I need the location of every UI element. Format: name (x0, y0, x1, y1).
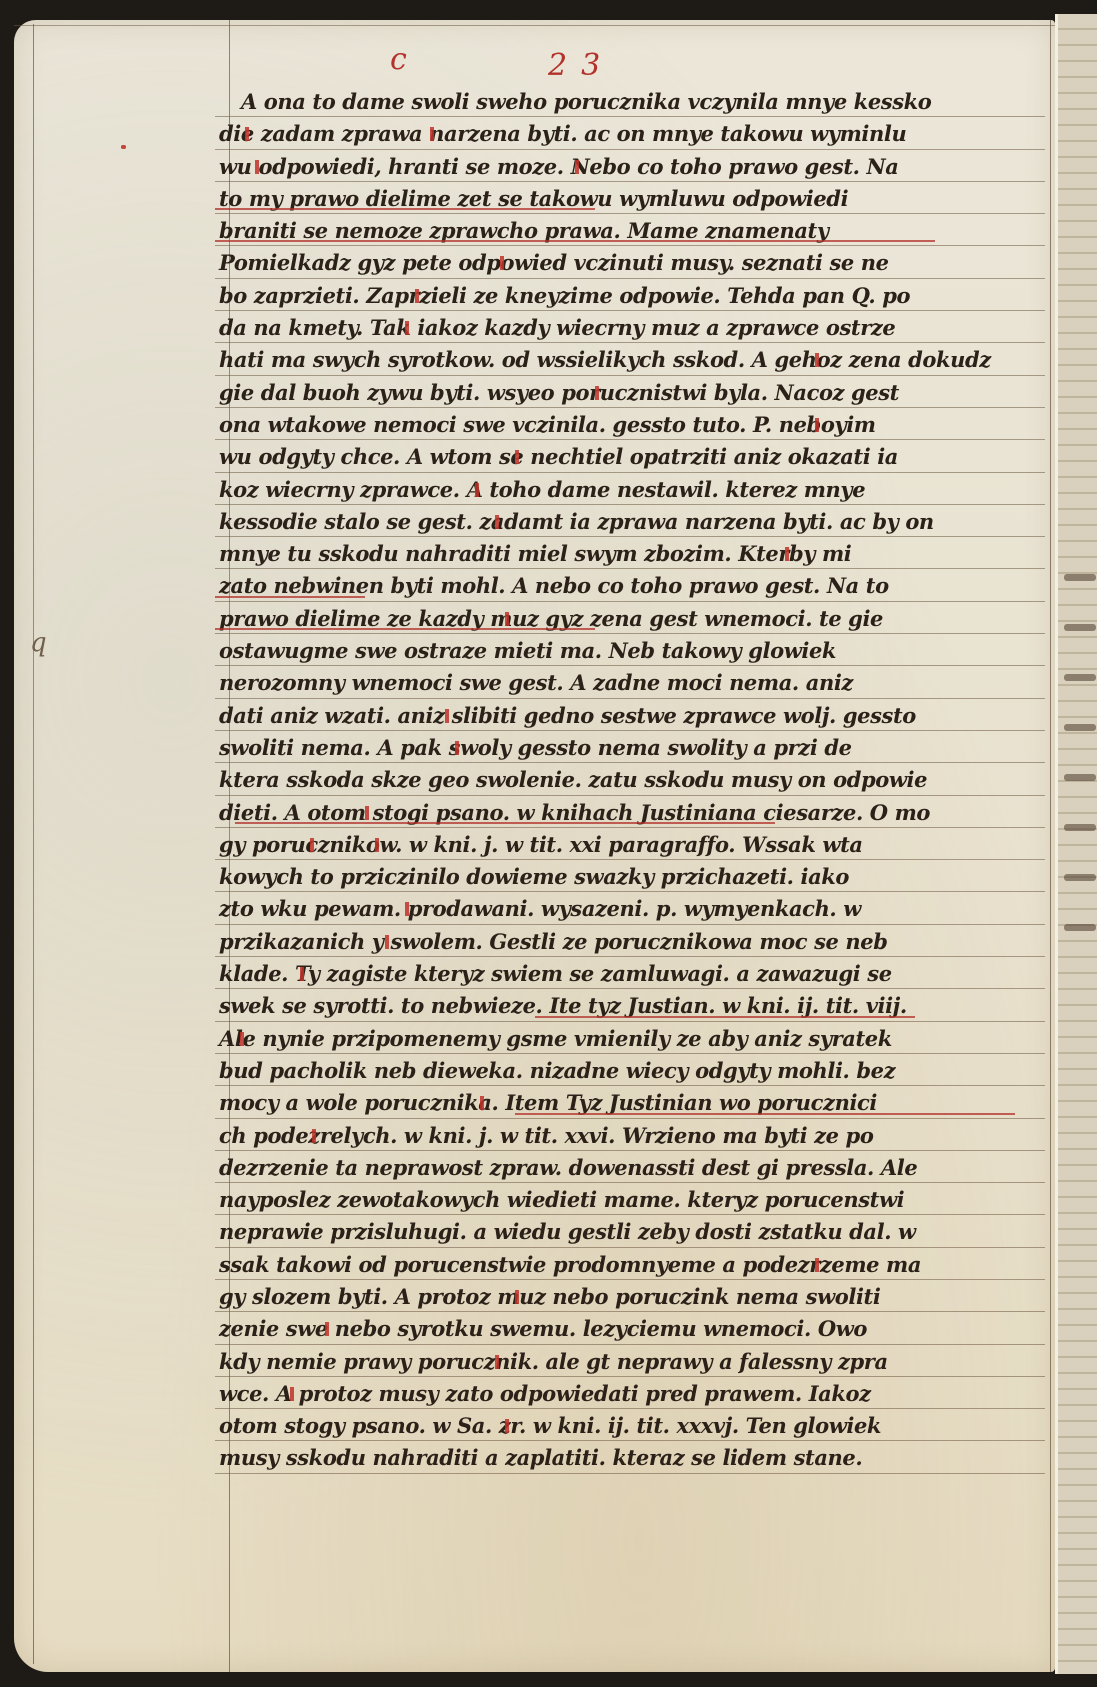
manuscript-line: gy porucznikow. w kni. j. w tit. xxi par… (215, 828, 1045, 860)
rubric-stroke (365, 806, 369, 820)
line-text: A ona to dame swoli sweho porucznika vcz… (215, 85, 931, 117)
line-text: nayposlez zewotakowych wiedieti mame. kt… (215, 1183, 904, 1215)
manuscript-line: da na kmety. Tak iakoz kazdy wiecrny muz… (215, 311, 1045, 343)
manuscript-line: zto wku pewam. prodawani. wysazeni. p. w… (215, 892, 1045, 924)
rubric-underline (535, 1016, 915, 1018)
rubric-stroke (495, 1355, 499, 1369)
manuscript-line: to my prawo dielime zet se takowu wymluw… (215, 182, 1045, 214)
line-text: kdy nemie prawy porucznik. ale gt nepraw… (215, 1345, 888, 1377)
manuscript-line: zenie swe nebo syrotku swemu. lezyciemu … (215, 1312, 1045, 1344)
rubric-stroke (475, 483, 479, 497)
next-leaf-text (1064, 774, 1096, 781)
next-leaf-text (1064, 674, 1096, 681)
line-text: ostawugme swe ostraze mieti ma. Neb tako… (215, 634, 836, 666)
manuscript-line: koz wiecrny zprawce. A toho dame nestawi… (215, 473, 1045, 505)
manuscript-line: mnye tu sskodu nahraditi miel swym zbozi… (215, 537, 1045, 569)
folio-mark-right: 23 (548, 48, 614, 83)
manuscript-line: ssak takowi od porucenstwie prodomnyeme … (215, 1248, 1045, 1280)
line-text: kessodie stalo se gest. zadamt ia zprawa… (215, 505, 934, 537)
manuscript-line: wu odpowiedi, hranti se moze. Nebo co to… (215, 150, 1045, 182)
line-text: da na kmety. Tak iakoz kazdy wiecrny muz… (215, 311, 895, 343)
line-text: klade. Ty zagiste kteryz swiem se zamluw… (215, 957, 892, 989)
next-leaf-edge (1055, 14, 1097, 1674)
manuscript-line: Ale nynie przipomenemy gsme vmienily ze … (215, 1022, 1045, 1054)
rubric-stroke (325, 1322, 329, 1336)
margin-note: q (30, 628, 47, 658)
rubric-stroke (815, 418, 819, 432)
outer-margin-rule (33, 24, 34, 1664)
manuscript-line: zato nebwinen byti mohl. A nebo co toho … (215, 569, 1045, 601)
line-text: hati ma swych syrotkow. od wssielikych s… (215, 343, 991, 375)
line-text: dati aniz wzati. aniz slibiti gedno sest… (215, 699, 916, 731)
rubric-stroke (375, 838, 379, 852)
rubric-stroke (415, 289, 419, 303)
line-text: Pomielkadz gyz pete odpowied vczinuti mu… (215, 246, 889, 278)
next-leaf-text (1064, 874, 1096, 881)
manuscript-line: bud pacholik neb dieweka. nizadne wiecy … (215, 1054, 1045, 1086)
rubric-stroke (785, 547, 789, 561)
line-text: gie dal buoh zywu byti. wsyeo porucznist… (215, 376, 899, 408)
line-text: Ale nynie przipomenemy gsme vmienily ze … (215, 1022, 892, 1054)
rubric-stroke (385, 935, 389, 949)
manuscript-line: Pomielkadz gyz pete odpowied vczinuti mu… (215, 246, 1045, 278)
rubric-stroke (515, 1290, 519, 1304)
manuscript-line: nerozomny wnemoci swe gest. A zadne moci… (215, 666, 1045, 698)
manuscript-line: ch podezrelych. w kni. j. w tit. xxvi. W… (215, 1119, 1045, 1151)
manuscript-line: dati aniz wzati. aniz slibiti gedno sest… (215, 699, 1045, 731)
line-text: koz wiecrny zprawce. A toho dame nestawi… (215, 473, 865, 505)
rubric-underline (215, 628, 595, 630)
line-text: otom stogy psano. w Sa. zr. w kni. ij. t… (215, 1409, 881, 1441)
manuscript-line: swoliti nema. A pak swoly gessto nema sw… (215, 731, 1045, 763)
rubric-underline (215, 208, 595, 210)
line-text: bud pacholik neb dieweka. nizadne wiecy … (215, 1054, 895, 1086)
manuscript-line: hati ma swych syrotkow. od wssielikych s… (215, 343, 1045, 375)
line-text: ona wtakowe nemoci swe vczinila. gessto … (215, 408, 876, 440)
rubric-stroke (515, 450, 519, 464)
rubric-underline (215, 240, 935, 242)
rubric-stroke (245, 127, 249, 141)
line-text: zenie swe nebo syrotku swemu. lezyciemu … (215, 1312, 867, 1344)
rubric-stroke (312, 1129, 316, 1143)
rubric-underline (215, 596, 365, 598)
rubric-stroke (445, 709, 449, 723)
manuscript-line: A ona to dame swoli sweho porucznika vcz… (215, 85, 1045, 117)
rubric-stroke (430, 127, 434, 141)
rubric-underline (235, 822, 775, 824)
manuscript-line: swek se syrotti. to nebwieze. Ite tyz Ju… (215, 989, 1045, 1021)
line-text: swoliti nema. A pak swoly gessto nema sw… (215, 731, 852, 763)
manuscript-line: kowych to prziczinilo dowieme swazky prz… (215, 860, 1045, 892)
rubric-stroke (815, 353, 819, 367)
rubric-stroke (310, 838, 314, 852)
rubric-stroke (505, 612, 509, 626)
rubric-stroke (290, 1387, 294, 1401)
manuscript-line: wu odgyty chce. A wtom se nechtiel opatr… (215, 440, 1045, 472)
manuscript-line: kessodie stalo se gest. zadamt ia zprawa… (215, 505, 1045, 537)
line-text: wu odgyty chce. A wtom se nechtiel opatr… (215, 440, 898, 472)
manuscript-line: braniti se nemoze zprawcho prawa. Mame z… (215, 214, 1045, 246)
line-text: die zadam zprawa narzena byti. ac on mny… (215, 117, 906, 149)
manuscript-line: gy slozem byti. A protoz muz nebo porucz… (215, 1280, 1045, 1312)
next-leaf-text (1064, 724, 1096, 731)
manuscript-line: die zadam zprawa narzena byti. ac on mny… (215, 117, 1045, 149)
rubric-stroke (300, 967, 304, 981)
manuscript-line: gie dal buoh zywu byti. wsyeo porucznist… (215, 376, 1045, 408)
line-text: wu odpowiedi, hranti se moze. Nebo co to… (215, 150, 898, 182)
manuscript-line: ostawugme swe ostraze mieti ma. Neb tako… (215, 634, 1045, 666)
line-text: gy slozem byti. A protoz muz nebo porucz… (215, 1280, 880, 1312)
line-text: nerozomny wnemoci swe gest. A zadne moci… (215, 666, 853, 698)
rubric-stroke (575, 160, 579, 174)
next-leaf-text (1064, 924, 1096, 931)
rubric-stroke (505, 1419, 509, 1433)
manuscript-line: przikazanich y swolem. Gestli ze poruczn… (215, 925, 1045, 957)
rubric-stroke (240, 1032, 244, 1046)
manuscript-line: otom stogy psano. w Sa. zr. w kni. ij. t… (215, 1409, 1045, 1441)
manuscript-line: nayposlez zewotakowych wiedieti mame. kt… (215, 1183, 1045, 1215)
line-text: neprawie przisluhugi. a wiedu gestli zeb… (215, 1215, 916, 1247)
manuscript-line: dezrzenie ta neprawost zpraw. dowenassti… (215, 1151, 1045, 1183)
text-frame-right-rule (1050, 20, 1051, 1672)
rubric-stroke (495, 515, 499, 529)
rubric-stroke (480, 1096, 484, 1110)
line-text: mnye tu sskodu nahraditi miel swym zbozi… (215, 537, 851, 569)
rubric-stroke (500, 256, 504, 270)
manuscript-line: neprawie przisluhugi. a wiedu gestli zeb… (215, 1215, 1045, 1247)
line-text: musy sskodu nahraditi a zaplatiti. ktera… (215, 1441, 862, 1473)
red-dot (121, 145, 126, 149)
manuscript-line: ktera sskoda skze geo swolenie. zatu ssk… (215, 763, 1045, 795)
next-leaf-text (1064, 624, 1096, 631)
manuscript-line: kdy nemie prawy porucznik. ale gt nepraw… (215, 1345, 1045, 1377)
top-frame-rule (14, 25, 1055, 26)
line-text: kowych to prziczinilo dowieme swazky prz… (215, 860, 849, 892)
manuscript-line: bo zaprzieti. Zaprzieli ze kneyzime odpo… (215, 279, 1045, 311)
line-text: ktera sskoda skze geo swolenie. zatu ssk… (215, 763, 927, 795)
manuscript-line: musy sskodu nahraditi a zaplatiti. ktera… (215, 1441, 1045, 1473)
manuscript-line: dieti. A otom stogi psano. w knihach Jus… (215, 796, 1045, 828)
rubric-stroke (815, 1258, 819, 1272)
line-text: przikazanich y swolem. Gestli ze poruczn… (215, 925, 888, 957)
line-text: zto wku pewam. prodawani. wysazeni. p. w… (215, 892, 861, 924)
line-text: wce. A protoz musy zato odpowiedati pred… (215, 1377, 871, 1409)
rubric-stroke (455, 741, 459, 755)
rubric-stroke (595, 386, 599, 400)
rubric-stroke (405, 902, 409, 916)
folio-mark-left: c (390, 42, 407, 77)
line-text: dezrzenie ta neprawost zpraw. dowenassti… (215, 1151, 917, 1183)
next-leaf-text (1064, 574, 1096, 581)
rubric-underline (515, 1113, 1015, 1115)
line-text: bo zaprzieti. Zaprzieli ze kneyzime odpo… (215, 279, 910, 311)
rubric-stroke (255, 160, 259, 174)
manuscript-line: prawo dielime ze kazdy muz gyz zena gest… (215, 602, 1045, 634)
next-leaf-text (1064, 824, 1096, 831)
manuscript-text-block: A ona to dame swoli sweho porucznika vcz… (215, 85, 1045, 1474)
manuscript-line: ona wtakowe nemoci swe vczinila. gessto … (215, 408, 1045, 440)
manuscript-line: mocy a wole porucznika. Item Tyz Justini… (215, 1086, 1045, 1118)
rubric-stroke (405, 321, 409, 335)
manuscript-line: klade. Ty zagiste kteryz swiem se zamluw… (215, 957, 1045, 989)
manuscript-line: wce. A protoz musy zato odpowiedati pred… (215, 1377, 1045, 1409)
